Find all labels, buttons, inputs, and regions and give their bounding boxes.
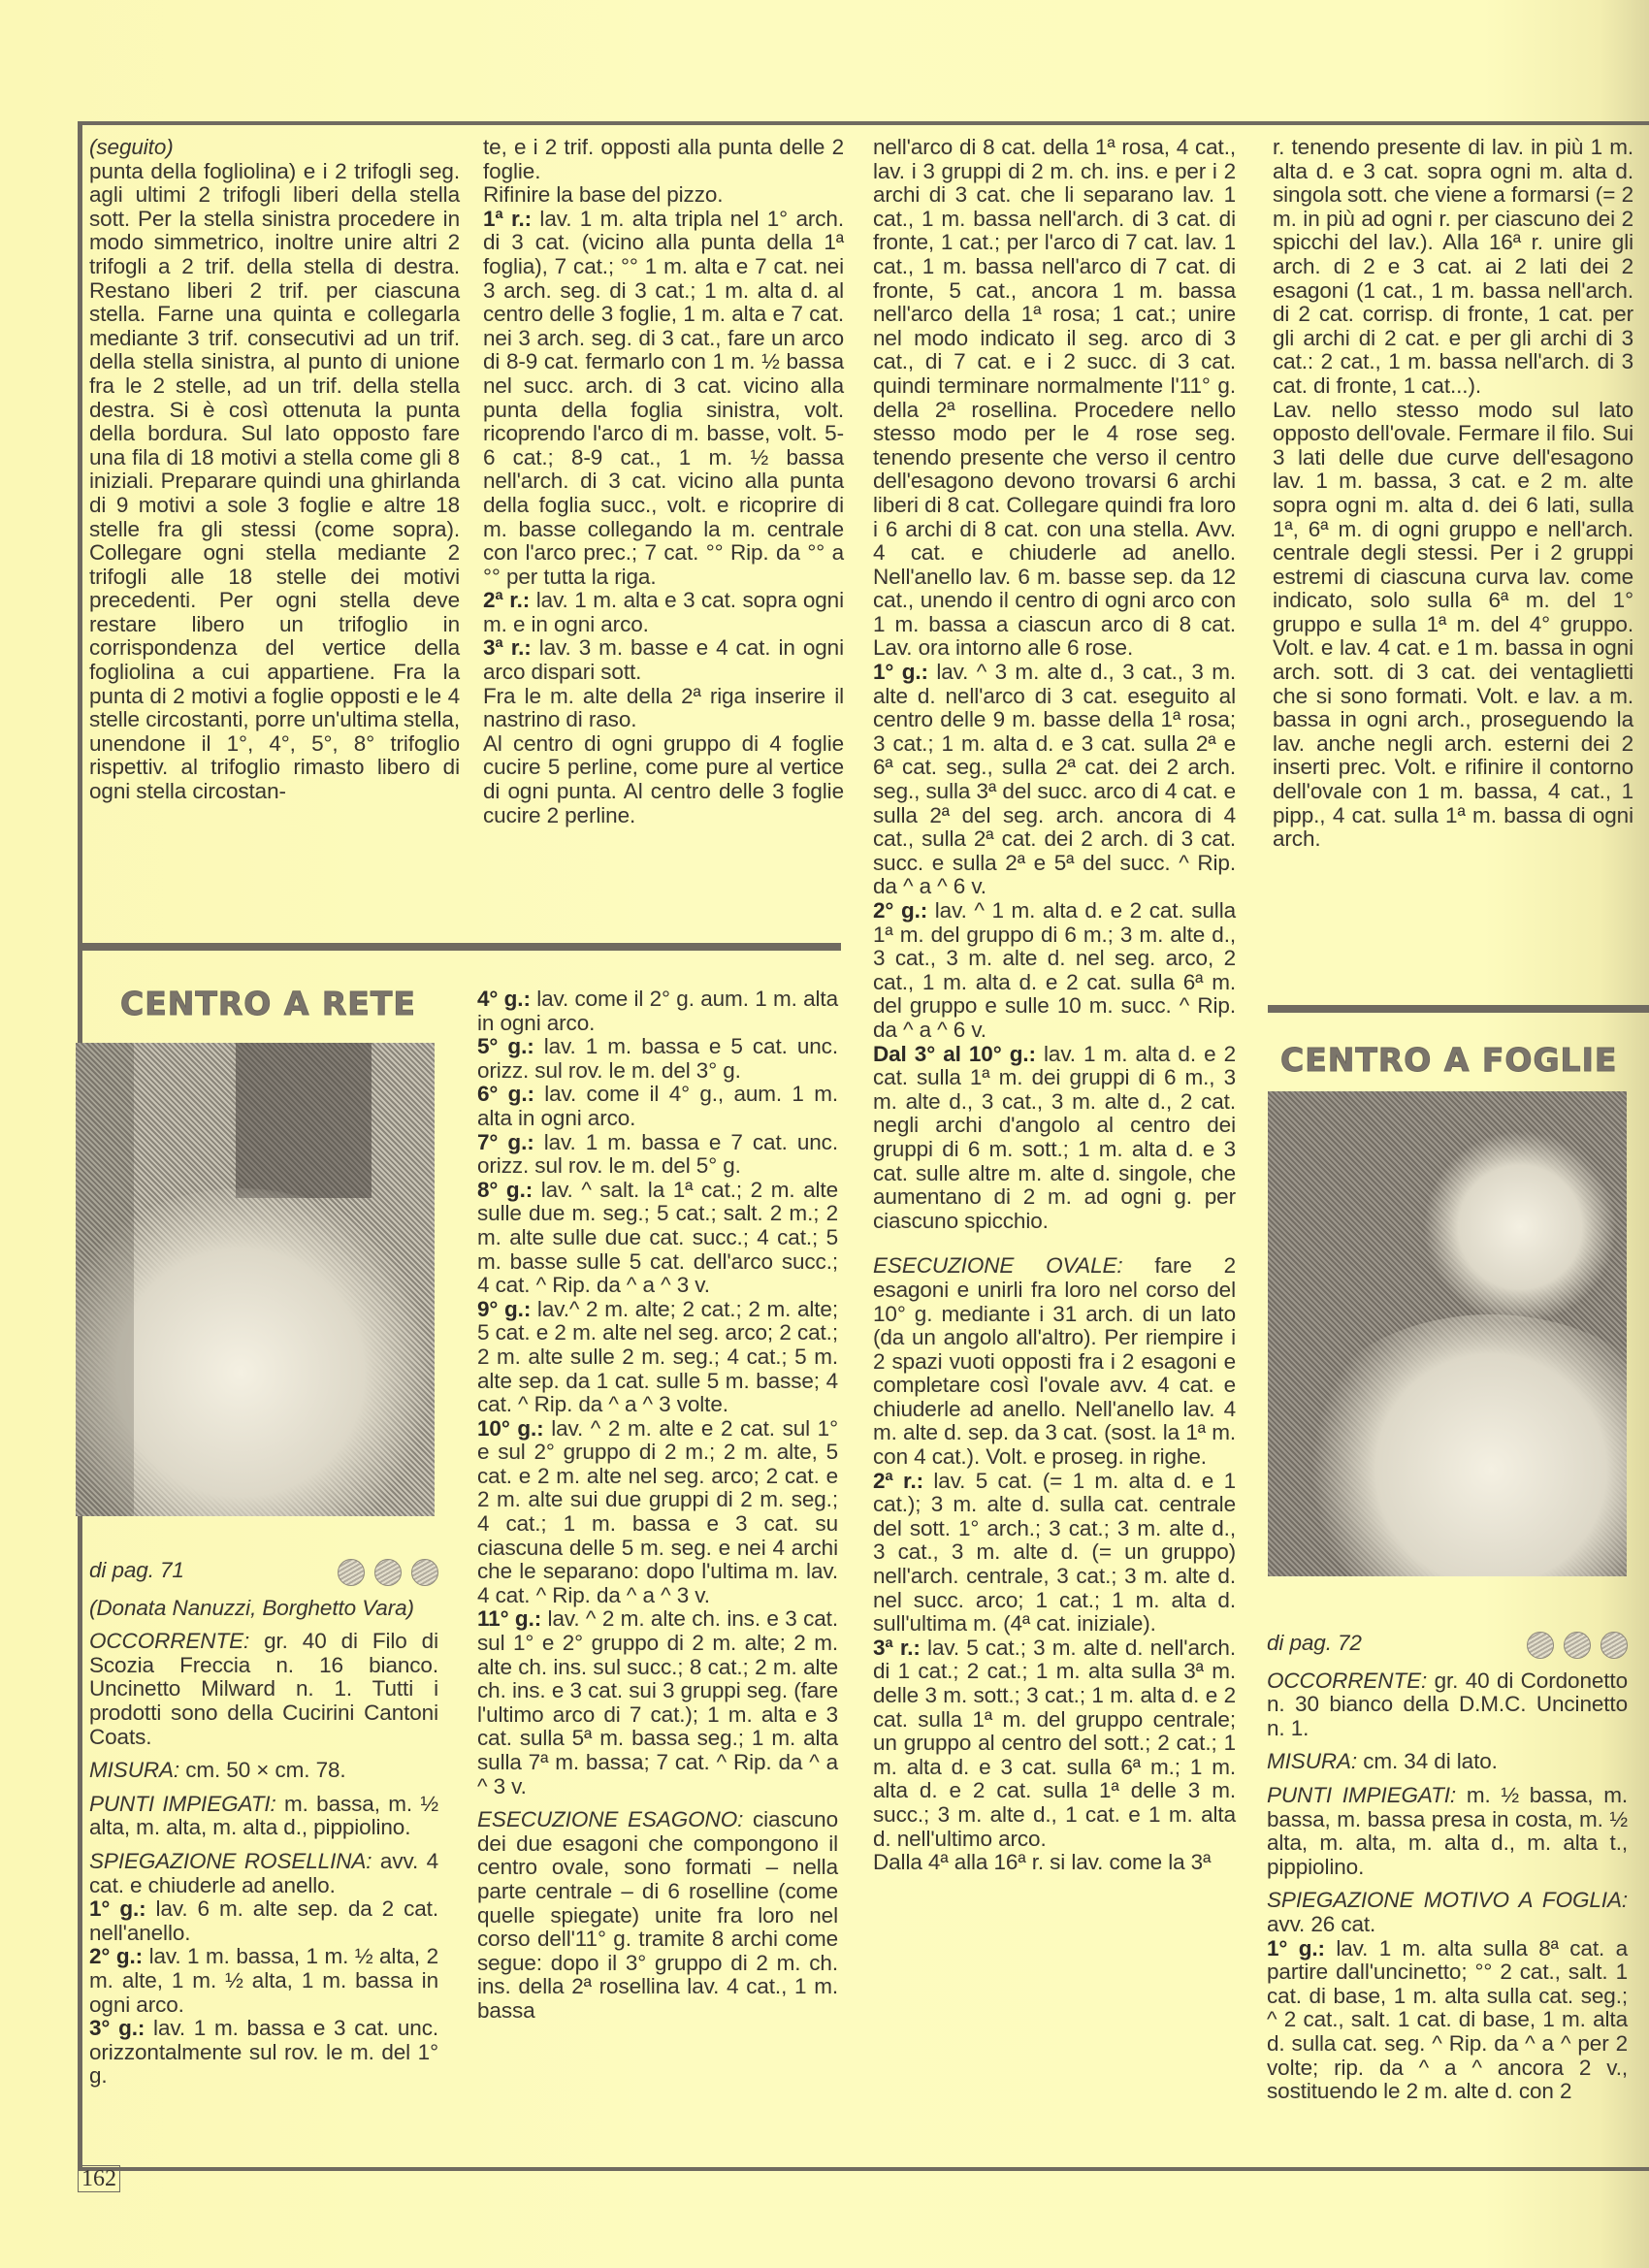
body-text: Fra le m. alte della 2ª riga inserire il… xyxy=(483,685,844,732)
body-text: Lav. nello stesso modo sul lato opposto … xyxy=(1273,399,1633,852)
stitches-label: PUNTI IMPIEGATI: xyxy=(89,1792,276,1816)
row-text: lav. 1 m. alta e 3 cat. sopra ogni m. e … xyxy=(483,588,844,636)
row-instruction: 3ª r.: lav. 3 m. basse e 4 cat. in ogni … xyxy=(483,636,844,684)
round-label: 4° g.: xyxy=(477,987,531,1011)
row-text: lav. 3 m. basse e 4 cat. in ogni arco di… xyxy=(483,635,844,684)
body-text: Dalla 4ª alla 16ª r. si lav. come la 3ª xyxy=(873,1851,1236,1875)
section-foglie-details: di pag. 72 OCCORRENTE: gr. 40 di Cordone… xyxy=(1267,1632,1628,2104)
round-label: 1° g.: xyxy=(1267,1936,1325,1960)
row-label: 3ª r.: xyxy=(873,1636,921,1660)
round-label: 6° g.: xyxy=(477,1082,534,1106)
body-text: r. tenendo presente di lav. in più 1 m. … xyxy=(1273,136,1633,399)
skein-icon xyxy=(411,1559,438,1586)
instructions-text: avv. 26 cat. xyxy=(1267,1912,1375,1936)
round-label: 3° g.: xyxy=(89,2016,145,2040)
section-title-centro-a-foglie: CENTRO A FOGLIE xyxy=(1280,1041,1617,1079)
instructions-label: SPIEGAZIONE ROSELLINA: xyxy=(89,1849,372,1873)
section-title-centro-a-rete: CENTRO A RETE xyxy=(120,985,416,1022)
body-text: nell'arco di 8 cat. della 1ª rosa, 4 cat… xyxy=(873,136,1236,661)
round-text: lav. come il 2° g. aum. 1 m. alta in ogn… xyxy=(477,987,838,1035)
round-text: lav. ^ 3 m. alte d., 3 cat., 3 m. alte d… xyxy=(873,660,1236,898)
round-label: 1° g.: xyxy=(89,1896,146,1921)
page-reference: di pag. 72 xyxy=(1267,1631,1362,1655)
row-label: 2ª r.: xyxy=(873,1469,923,1493)
body-text: te, e i 2 trif. opposti alla punta delle… xyxy=(483,136,844,183)
section-divider xyxy=(1268,1005,1649,1013)
row-instruction: 1ª r.: lav. 1 m. alta tripla nel 1° arch… xyxy=(483,208,844,590)
column-4-text: r. tenendo presente di lav. in più 1 m. … xyxy=(1273,136,1633,852)
row-label: 1ª r.: xyxy=(483,207,532,231)
skein-icon xyxy=(374,1559,402,1586)
body-text: Al centro di ogni gruppo di 4 foglie cuc… xyxy=(483,732,844,827)
author-credit: (Donata Nanuzzi, Borghetto Vara) xyxy=(89,1597,438,1621)
body-text: punta della fogliolina) e i 2 trifogli s… xyxy=(89,160,460,804)
round-text: lav. 1 m. alta sulla 8ª cat. a partire d… xyxy=(1267,1936,1628,2104)
round-label: 1° g.: xyxy=(873,660,928,684)
section-divider xyxy=(82,943,841,951)
hexagon-text: ciascuno dei due esagoni che compongono … xyxy=(477,1807,838,2023)
materials-label: OCCORRENTE: xyxy=(1267,1669,1427,1693)
stitches-label: PUNTI IMPIEGATI: xyxy=(1267,1783,1456,1807)
skein-icon xyxy=(338,1559,365,1586)
round-text: lav.^ 2 m. alte; 2 cat.; 2 m. alte; 5 ca… xyxy=(477,1297,838,1416)
round-text: lav. ^ 1 m. alta d. e 2 cat. sulla 1ª m.… xyxy=(873,898,1236,1042)
doily-photo-foglie xyxy=(1268,1091,1627,1576)
instructions-label: SPIEGAZIONE MOTIVO A FOGLIA: xyxy=(1267,1888,1628,1912)
column-2-top-text: te, e i 2 trif. opposti alla punta delle… xyxy=(483,136,844,827)
row-label: 3ª r.: xyxy=(483,635,532,660)
continued-label: (seguito) xyxy=(89,136,460,160)
size-label: MISURA: xyxy=(89,1758,179,1782)
round-text: lav. 1 m. alta d. e 2 cat. sulla 1ª m. d… xyxy=(873,1042,1236,1233)
round-label: 2° g.: xyxy=(89,1944,143,1968)
page-reference: di pag. 71 xyxy=(89,1558,184,1582)
page-reference-row: di pag. 71 xyxy=(89,1559,438,1583)
doily-photo-rete xyxy=(76,1043,435,1516)
skein-icon xyxy=(1527,1632,1554,1659)
size-text: cm. 50 × cm. 78. xyxy=(179,1758,346,1782)
round-label: 11° g.: xyxy=(477,1606,541,1631)
round-label: 7° g.: xyxy=(477,1130,534,1154)
round-text: lav. ^ 2 m. alte e 2 cat. sul 1° e sul 2… xyxy=(477,1416,838,1607)
round-label: 9° g.: xyxy=(477,1297,531,1321)
round-label: 2° g.: xyxy=(873,898,927,923)
row-label: 2ª r.: xyxy=(483,588,530,612)
skein-icon xyxy=(1564,1632,1591,1659)
row-text: lav. 5 cat.; 3 m. alte d. nell'arch. di … xyxy=(873,1636,1236,1851)
size-text: cm. 34 di lato. xyxy=(1357,1749,1498,1773)
round-label: 8° g.: xyxy=(477,1178,533,1202)
materials-label: OCCORRENTE: xyxy=(89,1629,249,1653)
column-2-bottom-text: 4° g.: lav. come il 2° g. aum. 1 m. alta… xyxy=(477,988,838,2024)
page-reference-row: di pag. 72 xyxy=(1267,1632,1628,1656)
oval-text: fare 2 esagoni e unirli fra loro nel cor… xyxy=(873,1253,1236,1469)
row-instruction: 2ª r.: lav. 1 m. alta e 3 cat. sopra ogn… xyxy=(483,589,844,636)
row-text: lav. 5 cat. (= 1 m. alta d. e 1 cat.); 3… xyxy=(873,1469,1236,1636)
page-number: 162 xyxy=(78,2165,120,2192)
column-3-text: nell'arco di 8 cat. della 1ª rosa, 4 cat… xyxy=(873,136,1236,1875)
magazine-page: (seguito) punta della fogliolina) e i 2 … xyxy=(0,0,1649,2268)
section-rete-details: di pag. 71 (Donata Nanuzzi, Borghetto Va… xyxy=(89,1559,438,2089)
size-label: MISURA: xyxy=(1267,1749,1357,1773)
round-label: Dal 3° al 10° g.: xyxy=(873,1042,1036,1066)
round-label: 10° g.: xyxy=(477,1416,544,1441)
skein-icon xyxy=(1600,1632,1628,1659)
column-1-continued-text: (seguito) punta della fogliolina) e i 2 … xyxy=(89,136,460,804)
body-text: Rifinire la base del pizzo. xyxy=(483,183,844,208)
hexagon-label: ESECUZIONE ESAGONO: xyxy=(477,1807,743,1831)
round-label: 5° g.: xyxy=(477,1034,534,1058)
round-text: lav. ^ 2 m. alte ch. ins. e 3 cat. sul 1… xyxy=(477,1606,838,1798)
row-text: lav. 1 m. alta tripla nel 1° arch. di 3 … xyxy=(483,207,844,589)
oval-label: ESECUZIONE OVALE: xyxy=(873,1253,1123,1278)
